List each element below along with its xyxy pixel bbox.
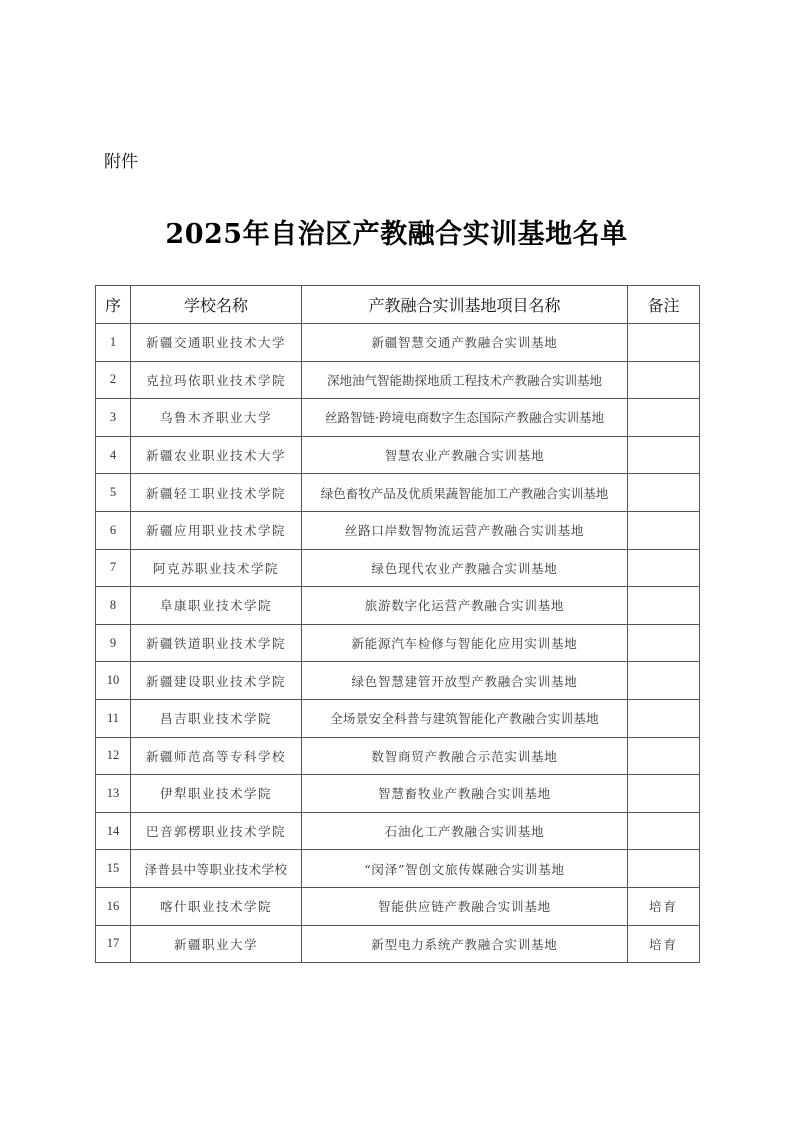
cell-project: 智慧农业产教融合实训基地 (302, 436, 628, 474)
table-row: 3乌鲁木齐职业大学丝路智链·跨境电商数字生态国际产教融合实训基地 (96, 399, 700, 437)
cell-seq: 8 (96, 587, 131, 625)
cell-school: 新疆交通职业技术大学 (131, 324, 302, 362)
cell-school: 新疆轻工职业技术学院 (131, 474, 302, 512)
table-row: 17新疆职业大学新型电力系统产教融合实训基地培育 (96, 925, 700, 963)
header-project: 产教融合实训基地项目名称 (302, 286, 628, 324)
table-row: 12新疆师范高等专科学校数智商贸产教融合示范实训基地 (96, 737, 700, 775)
table-header-row: 序 学校名称 产教融合实训基地项目名称 备注 (96, 286, 700, 324)
cell-note (628, 850, 700, 888)
header-note: 备注 (628, 286, 700, 324)
cell-school: 阿克苏职业技术学院 (131, 549, 302, 587)
attachment-label: 附件 (104, 147, 138, 172)
cell-seq: 15 (96, 850, 131, 888)
cell-project: 绿色现代农业产教融合实训基地 (302, 549, 628, 587)
cell-seq: 4 (96, 436, 131, 474)
cell-project: 新能源汽车检修与智能化应用实训基地 (302, 624, 628, 662)
cell-project: 智慧畜牧业产教融合实训基地 (302, 775, 628, 813)
cell-seq: 3 (96, 399, 131, 437)
cell-seq: 2 (96, 361, 131, 399)
cell-project: 全场景安全科普与建筑智能化产教融合实训基地 (302, 699, 628, 737)
cell-seq: 6 (96, 511, 131, 549)
cell-note: 培育 (628, 925, 700, 963)
header-seq: 序 (96, 286, 131, 324)
cell-seq: 11 (96, 699, 131, 737)
table-row: 13伊犁职业技术学院智慧畜牧业产教融合实训基地 (96, 775, 700, 813)
cell-note (628, 812, 700, 850)
table-row: 4新疆农业职业技术大学智慧农业产教融合实训基地 (96, 436, 700, 474)
cell-seq: 5 (96, 474, 131, 512)
cell-note (628, 399, 700, 437)
cell-note (628, 474, 700, 512)
cell-school: 巴音郭楞职业技术学院 (131, 812, 302, 850)
cell-note (628, 587, 700, 625)
cell-note (628, 737, 700, 775)
cell-seq: 12 (96, 737, 131, 775)
document-title: 2025年自治区产教融合实训基地名单 (0, 212, 793, 251)
cell-note (628, 624, 700, 662)
cell-school: 伊犁职业技术学院 (131, 775, 302, 813)
table-row: 1新疆交通职业技术大学新疆智慧交通产教融合实训基地 (96, 324, 700, 362)
cell-school: 新疆师范高等专科学校 (131, 737, 302, 775)
table-row: 2克拉玛依职业技术学院深地油气智能勘探地质工程技术产教融合实训基地 (96, 361, 700, 399)
cell-project: 新型电力系统产教融合实训基地 (302, 925, 628, 963)
cell-school: 喀什职业技术学院 (131, 887, 302, 925)
cell-seq: 1 (96, 324, 131, 362)
cell-note (628, 511, 700, 549)
cell-school: 新疆职业大学 (131, 925, 302, 963)
cell-note: 培育 (628, 887, 700, 925)
cell-project: 数智商贸产教融合示范实训基地 (302, 737, 628, 775)
cell-school: 阜康职业技术学院 (131, 587, 302, 625)
cell-seq: 14 (96, 812, 131, 850)
cell-seq: 10 (96, 662, 131, 700)
cell-school: 新疆农业职业技术大学 (131, 436, 302, 474)
cell-school: 克拉玛依职业技术学院 (131, 361, 302, 399)
cell-school: 乌鲁木齐职业大学 (131, 399, 302, 437)
cell-seq: 17 (96, 925, 131, 963)
cell-seq: 7 (96, 549, 131, 587)
cell-school: 新疆铁道职业技术学院 (131, 624, 302, 662)
table-row: 16喀什职业技术学院智能供应链产教融合实训基地培育 (96, 887, 700, 925)
header-school: 学校名称 (131, 286, 302, 324)
cell-project: 智能供应链产教融合实训基地 (302, 887, 628, 925)
cell-seq: 13 (96, 775, 131, 813)
cell-note (628, 775, 700, 813)
table-row: 10新疆建设职业技术学院绿色智慧建管开放型产教融合实训基地 (96, 662, 700, 700)
table-row: 8阜康职业技术学院旅游数字化运营产教融合实训基地 (96, 587, 700, 625)
cell-project: 新疆智慧交通产教融合实训基地 (302, 324, 628, 362)
cell-note (628, 324, 700, 362)
cell-school: 新疆建设职业技术学院 (131, 662, 302, 700)
cell-note (628, 436, 700, 474)
cell-note (628, 699, 700, 737)
cell-school: 新疆应用职业技术学院 (131, 511, 302, 549)
cell-project: 旅游数字化运营产教融合实训基地 (302, 587, 628, 625)
table-row: 6新疆应用职业技术学院丝路口岸数智物流运营产教融合实训基地 (96, 511, 700, 549)
cell-school: 泽普县中等职业技术学校 (131, 850, 302, 888)
table-row: 7阿克苏职业技术学院绿色现代农业产教融合实训基地 (96, 549, 700, 587)
cell-note (628, 662, 700, 700)
table-row: 9新疆铁道职业技术学院新能源汽车检修与智能化应用实训基地 (96, 624, 700, 662)
cell-project: 丝路智链·跨境电商数字生态国际产教融合实训基地 (302, 399, 628, 437)
table-row: 14巴音郭楞职业技术学院石油化工产教融合实训基地 (96, 812, 700, 850)
table-row: 5新疆轻工职业技术学院绿色畜牧产品及优质果蔬智能加工产教融合实训基地 (96, 474, 700, 512)
cell-project: “闵泽”智创文旅传媒融合实训基地 (302, 850, 628, 888)
cell-seq: 16 (96, 887, 131, 925)
cell-project: 绿色智慧建管开放型产教融合实训基地 (302, 662, 628, 700)
cell-project: 深地油气智能勘探地质工程技术产教融合实训基地 (302, 361, 628, 399)
cell-school: 昌吉职业技术学院 (131, 699, 302, 737)
cell-seq: 9 (96, 624, 131, 662)
training-base-table: 序 学校名称 产教融合实训基地项目名称 备注 1新疆交通职业技术大学新疆智慧交通… (95, 285, 700, 963)
table-row: 15泽普县中等职业技术学校“闵泽”智创文旅传媒融合实训基地 (96, 850, 700, 888)
cell-project: 丝路口岸数智物流运营产教融合实训基地 (302, 511, 628, 549)
table-row: 11昌吉职业技术学院全场景安全科普与建筑智能化产教融合实训基地 (96, 699, 700, 737)
cell-project: 绿色畜牧产品及优质果蔬智能加工产教融合实训基地 (302, 474, 628, 512)
cell-note (628, 361, 700, 399)
cell-project: 石油化工产教融合实训基地 (302, 812, 628, 850)
cell-note (628, 549, 700, 587)
